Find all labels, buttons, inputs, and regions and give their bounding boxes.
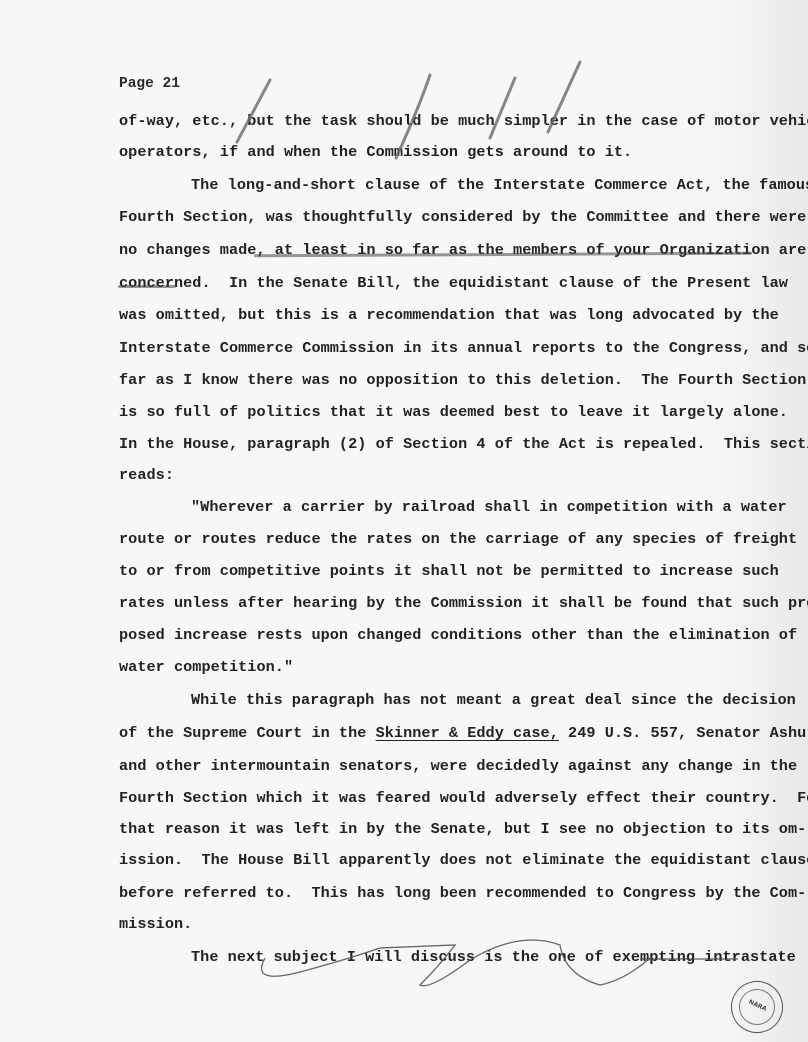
quote-line: rates unless after hearing by the Commis… [119, 594, 808, 612]
pencil-slash-mark [237, 80, 270, 142]
text-line: no changes made, at least in so far as t… [119, 241, 806, 259]
text-line: reads: [119, 466, 174, 484]
text-line: The next subject I will discuss is the o… [191, 948, 796, 966]
text-line: ission. The House Bill apparently does n… [119, 851, 808, 869]
text-line: While this paragraph has not meant a gre… [191, 691, 796, 709]
text-fragment: 249 U.S. 557, Senator Ashurst, [559, 724, 808, 742]
text-line: and other intermountain senators, were d… [119, 757, 797, 775]
text-line: that reason it was left in by the Senate… [119, 820, 806, 838]
text-line: operators, if and when the Commission ge… [119, 143, 632, 161]
text-line: The long-and-short clause of the Interst… [191, 176, 808, 194]
pencil-strikethrough [640, 958, 738, 960]
text-line: concerned. In the Senate Bill, the equid… [119, 274, 788, 292]
text-line: before referred to. This has long been r… [119, 884, 806, 902]
text-line: of-way, etc., but the task should be muc… [119, 112, 808, 130]
text-line: is so full of politics that it was deeme… [119, 403, 788, 421]
pencil-strikethrough [118, 285, 176, 288]
quote-line: water competition." [119, 658, 293, 676]
case-citation-underlined: Skinner & Eddy case, [376, 724, 559, 742]
text-line: was omitted, but this is a recommendatio… [119, 306, 779, 324]
text-line: Fourth Section, was thoughtfully conside… [119, 208, 806, 226]
text-line: Interstate Commerce Commission in its an… [119, 339, 808, 357]
text-fragment: of the Supreme Court in the [119, 724, 376, 742]
text-line: mission. [119, 915, 192, 933]
text-line: far as I know there was no opposition to… [119, 371, 806, 389]
quote-line: posed increase rests upon changed condit… [119, 626, 797, 644]
text-line: Fourth Section which it was feared would… [119, 789, 808, 807]
page-number: Page 21 [119, 76, 180, 92]
text-line-citation: of the Supreme Court in the Skinner & Ed… [119, 724, 808, 742]
quote-line: route or routes reduce the rates on the … [119, 530, 797, 548]
quote-line: to or from competitive points it shall n… [119, 562, 779, 580]
nara-library-stamp: NARA [722, 972, 791, 1041]
quote-line: "Wherever a carrier by railroad shall in… [191, 498, 787, 516]
text-line: In the House, paragraph (2) of Section 4… [119, 435, 808, 453]
